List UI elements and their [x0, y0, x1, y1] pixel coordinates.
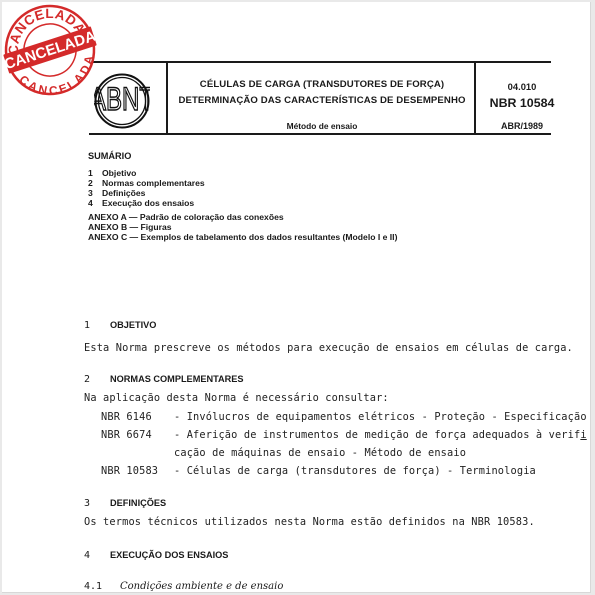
- section-2-intro: Na aplicação desta Norma é necessário co…: [84, 392, 389, 404]
- document-subtitle: Método de ensaio: [168, 121, 476, 131]
- summary-item: 3Definições: [88, 188, 145, 198]
- cancelled-stamp-icon: CANCELADA CANCELADA CANCELADA: [2, 2, 98, 98]
- summary-annex: ANEXO A — Padrão de coloração das conexõ…: [88, 212, 284, 222]
- section-1-text: Esta Norma prescreve os métodos para exe…: [84, 342, 573, 354]
- summary-annex: ANEXO B — Figuras: [88, 222, 172, 232]
- abnt-logo: ABNT: [94, 73, 150, 134]
- document-title-line1: CÉLULAS DE CARGA (TRANSDUTORES DE FORÇA): [168, 79, 476, 90]
- norm-number: NBR 10584: [476, 96, 568, 110]
- section-3-heading: 3DEFINIÇÕES: [84, 498, 166, 509]
- reference-item-continuation: cação de máquinas de ensaio - Método de …: [174, 447, 466, 459]
- hyphenation-mark: i: [580, 429, 586, 441]
- header-bottom-rule: [89, 133, 551, 135]
- section-3-text: Os termos técnicos utilizados nesta Norm…: [84, 516, 535, 528]
- section-2-heading: 2NORMAS COMPLEMENTARES: [84, 374, 244, 385]
- norm-date: ABR/1989: [476, 121, 568, 131]
- abnt-logo-icon: ABNT: [94, 73, 150, 129]
- svg-text:ABNT: ABNT: [94, 82, 150, 118]
- summary-item: 4Execução dos ensaios: [88, 198, 194, 208]
- reference-item: NBR 6146- Invólucros de equipamentos elé…: [101, 411, 587, 423]
- reference-item: NBR 6674- Aferição de instrumentos de me…: [101, 429, 587, 441]
- classification-code: 04.010: [476, 81, 568, 92]
- section-4-1-heading: 4.1Condições ambiente e de ensaio: [84, 576, 283, 594]
- cancelada-stamp: CANCELADA CANCELADA CANCELADA: [2, 2, 98, 103]
- document-title-line2: DETERMINAÇÃO DAS CARACTERÍSTICAS DE DESE…: [168, 95, 476, 106]
- summary-item: 1Objetivo: [88, 168, 136, 178]
- summary-annex: ANEXO C — Exemplos de tabelamento dos da…: [88, 232, 397, 242]
- reference-item: NBR 10583- Células de carga (transdutore…: [101, 465, 536, 477]
- summary-heading: SUMÁRIO: [88, 151, 131, 161]
- header-top-rule: [89, 61, 551, 63]
- section-1-heading: 1OBJETIVO: [84, 320, 156, 331]
- section-4-heading: 4EXECUÇÃO DOS ENSAIOS: [84, 550, 228, 561]
- summary-item: 2Normas complementares: [88, 178, 205, 188]
